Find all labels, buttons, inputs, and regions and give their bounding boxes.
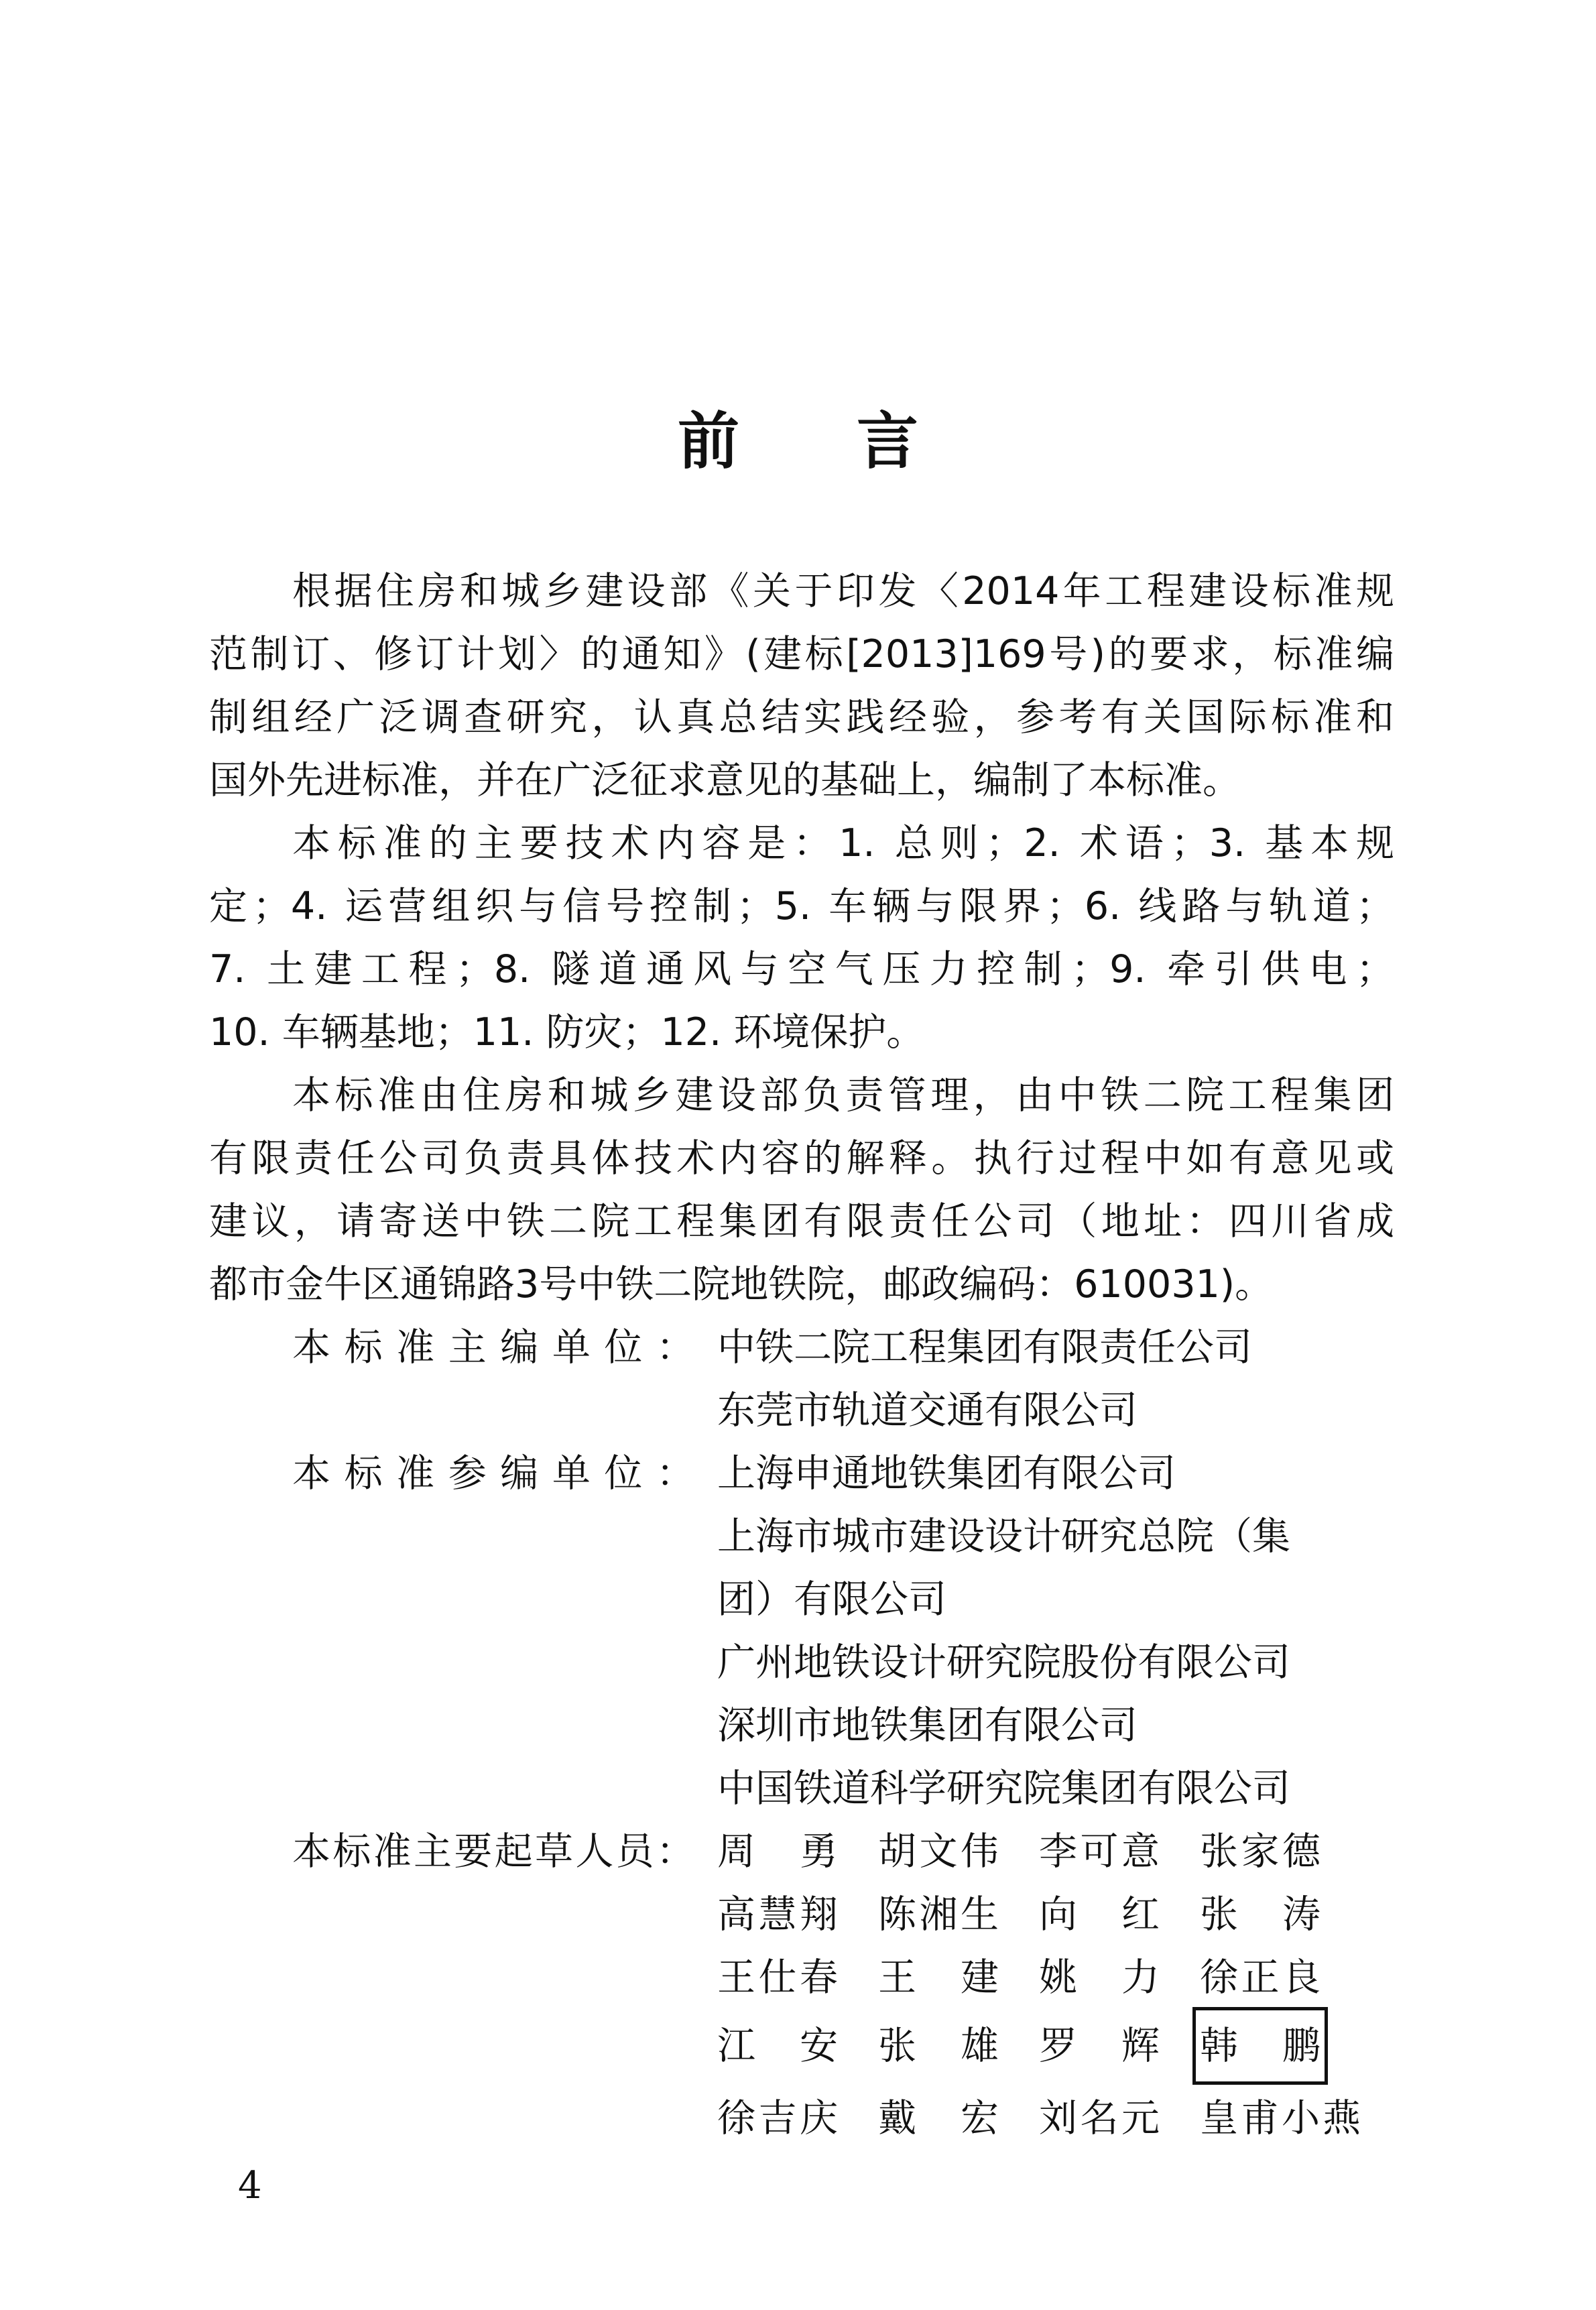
text-line: 都市金牛区通锦路3号中铁二院地铁院，邮政编码：610031)。 [209,1253,1394,1316]
drafter-name: 徐吉庆 [717,2087,838,2150]
title-char-2: 言 [857,392,918,481]
drafter-name: 姚 力 [1039,1946,1160,2009]
participating-row: 深圳市地铁集团有限公司 [209,1694,1394,1757]
participating-row: 广州地铁设计研究院股份有限公司 [209,1631,1394,1694]
text-line: 本标准的主要技术内容是：1. 总则；2. 术语；3. 基本规 [209,812,1394,875]
text-line: 根据住房和城乡建设部《关于印发〈2014年工程建设标准规 [209,560,1394,623]
credits-section: 本标准主编单位： 中铁二院工程集团有限责任公司 东莞市轨道交通有限公司 本标准参… [209,1316,1394,2150]
participating-unit: 深圳市地铁集团有限公司 [717,1694,1138,1757]
drafters-row: 江 安 张 雄 罗 辉 韩 鹏 [209,2009,1394,2087]
chief-editor-label: 本标准主编单位： [292,1316,694,1379]
chief-editor-row: 本标准主编单位： 中铁二院工程集团有限责任公司 [209,1316,1394,1379]
drafter-name: 周 勇 [717,1820,838,1883]
drafter-name-highlighted: 韩 鹏 [1200,2014,1321,2077]
drafter-name: 罗 辉 [1039,2014,1160,2077]
chief-editor-row: 东莞市轨道交通有限公司 [209,1379,1394,1442]
drafter-name: 胡文伟 [878,1820,999,1883]
page-title: 前言 [0,392,1596,481]
document-page: 前言 根据住房和城乡建设部《关于印发〈2014年工程建设标准规 范制订、修订计划… [0,0,1596,2310]
text-line: 国外先进标准，并在广泛征求意见的基础上，编制了本标准。 [209,749,1394,812]
text-line: 定；4. 运营组织与信号控制；5. 车辆与限界；6. 线路与轨道； [209,875,1394,938]
text-line: 有限责任公司负责具体技术内容的解释。执行过程中如有意见或 [209,1127,1394,1190]
text-line: 制组经广泛调查研究，认真总结实践经验，参考有关国际标准和 [209,686,1394,749]
participating-row: 本标准参编单位： 上海申通地铁集团有限公司 [209,1442,1394,1505]
participating-unit: 上海申通地铁集团有限公司 [717,1442,1176,1505]
drafters-row: 本标准主要起草人员： 周 勇 胡文伟 李可意 张家德 [209,1820,1394,1883]
drafter-name: 向 红 [1039,1883,1160,1946]
participating-row: 中国铁道科学研究院集团有限公司 [209,1757,1394,1820]
drafter-name: 张 雄 [878,2014,999,2077]
paragraph-contents: 本标准的主要技术内容是：1. 总则；2. 术语；3. 基本规 定；4. 运营组织… [209,812,1394,1064]
text-line: 范制订、修订计划〉的通知》(建标[2013]169号)的要求，标准编 [209,623,1394,686]
drafter-name: 高慧翔 [717,1883,838,1946]
text-line: 本标准由住房和城乡建设部负责管理，由中铁二院工程集团 [209,1064,1394,1127]
drafters-label: 本标准主要起草人员： [292,1820,694,1883]
drafter-name: 戴 宏 [878,2087,999,2150]
drafter-name: 刘名元 [1039,2087,1160,2150]
drafter-name: 张家德 [1200,1820,1321,1883]
drafter-name: 张 涛 [1200,1883,1321,1946]
text-line: 建议，请寄送中铁二院工程集团有限责任公司（地址：四川省成 [209,1190,1394,1253]
paragraph-basis: 根据住房和城乡建设部《关于印发〈2014年工程建设标准规 范制订、修订计划〉的通… [209,560,1394,812]
participating-unit: 上海市城市建设设计研究总院（集 [717,1505,1290,1568]
drafter-name: 李可意 [1039,1820,1160,1883]
drafter-name: 江 安 [717,2014,838,2077]
chief-editor-unit: 东莞市轨道交通有限公司 [717,1379,1138,1442]
drafters-row: 高慧翔 陈湘生 向 红 张 涛 [209,1883,1394,1946]
chief-editor-unit: 中铁二院工程集团有限责任公司 [717,1316,1252,1379]
drafters-row: 徐吉庆 戴 宏 刘名元 皇甫小燕 [209,2087,1394,2150]
participating-row: 上海市城市建设设计研究总院（集 [209,1505,1394,1568]
participating-label: 本标准参编单位： [292,1442,694,1505]
paragraph-management: 本标准由住房和城乡建设部负责管理，由中铁二院工程集团 有限责任公司负责具体技术内… [209,1064,1394,1316]
participating-unit: 中国铁道科学研究院集团有限公司 [717,1757,1290,1820]
drafter-name: 皇甫小燕 [1200,2087,1361,2150]
text-line: 10. 车辆基地；11. 防灾；12. 环境保护。 [209,1001,1394,1064]
participating-unit: 广州地铁设计研究院股份有限公司 [717,1631,1290,1694]
drafters-row: 王仕春 王 建 姚 力 徐正良 [209,1946,1394,2009]
drafter-name: 陈湘生 [878,1883,999,1946]
page-number: 4 [238,2164,262,2207]
text-line: 7. 土建工程；8. 隧道通风与空气压力控制；9. 牵引供电； [209,938,1394,1001]
title-char-1: 前 [678,392,739,481]
participating-unit: 团）有限公司 [717,1568,946,1631]
drafter-name: 王 建 [878,1946,999,2009]
drafter-name: 王仕春 [717,1946,838,2009]
drafter-name: 徐正良 [1200,1946,1321,2009]
participating-row: 团）有限公司 [209,1568,1394,1631]
document-body: 根据住房和城乡建设部《关于印发〈2014年工程建设标准规 范制订、修订计划〉的通… [209,560,1394,1316]
